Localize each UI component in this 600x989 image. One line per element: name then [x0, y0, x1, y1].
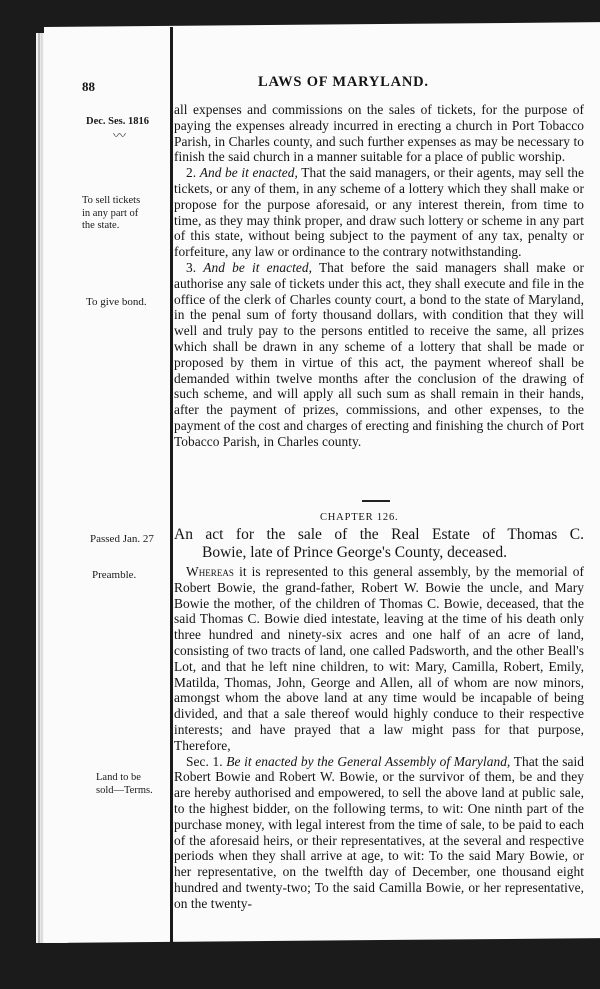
session-flourish-icon: 〰 — [113, 131, 126, 141]
body-text-upper: all expenses and commissions on the sale… — [174, 102, 584, 450]
section-3: 3. And be it enacted, That before the sa… — [174, 260, 584, 450]
act-title: An act for the sale of the Real Estate o… — [174, 526, 584, 562]
margin-note-give-bond: To give bond. — [86, 296, 147, 309]
enacting-clause: And be it enacted, — [203, 260, 312, 275]
margin-note-line: sold—Terms. — [96, 785, 153, 798]
preamble-text: Whereas it is represented to this genera… — [174, 564, 584, 754]
margin-note-sell-tickets: To sell tickets in any part of the state… — [82, 195, 140, 233]
margin-note-line: To sell tickets — [82, 195, 140, 208]
section-2: 2. And be it enacted, That the said mana… — [174, 165, 584, 260]
act-title-line-1: An act for the sale of the Real Estate o… — [174, 526, 584, 544]
chapter-heading: CHAPTER 126. — [320, 512, 398, 523]
body-text-lower: Whereas it is represented to this genera… — [174, 564, 584, 912]
margin-note-line: the state. — [82, 220, 140, 233]
margin-note-land-sold: Land to be sold—Terms. — [96, 772, 153, 797]
margin-note-line: in any part of — [82, 208, 140, 221]
section-number: Sec. 1. — [186, 754, 223, 769]
margin-rule — [170, 27, 173, 943]
act-title-line-2: Bowie, late of Prince George's County, d… — [174, 544, 584, 562]
margin-note-passed: Passed Jan. 27 — [90, 533, 154, 546]
section-number: 3. — [186, 260, 196, 275]
enacting-clause: Be it enacted by the General Assembly of… — [226, 754, 510, 769]
running-head: LAWS OF MARYLAND. — [258, 74, 429, 91]
preamble-body: it is represented to this general assemb… — [174, 564, 584, 753]
section-text: That the said Robert Bowie and Robert W.… — [174, 754, 584, 911]
section-1: Sec. 1. Be it enacted by the General Ass… — [174, 754, 584, 912]
margin-note-line: Land to be — [96, 772, 153, 785]
whereas-word: Whereas — [186, 564, 234, 579]
page-number: 88 — [82, 79, 95, 95]
enacting-clause: And be it enacted, — [200, 165, 298, 180]
margin-note-preamble: Preamble. — [92, 569, 136, 582]
section-number: 2. — [186, 165, 196, 180]
section-text: That before the said managers shall make… — [174, 260, 584, 449]
chapter-divider — [362, 500, 390, 502]
margin-note-session: Dec. Ses. 1816 — [86, 116, 149, 129]
section-continuation: all expenses and commissions on the sale… — [174, 102, 584, 165]
